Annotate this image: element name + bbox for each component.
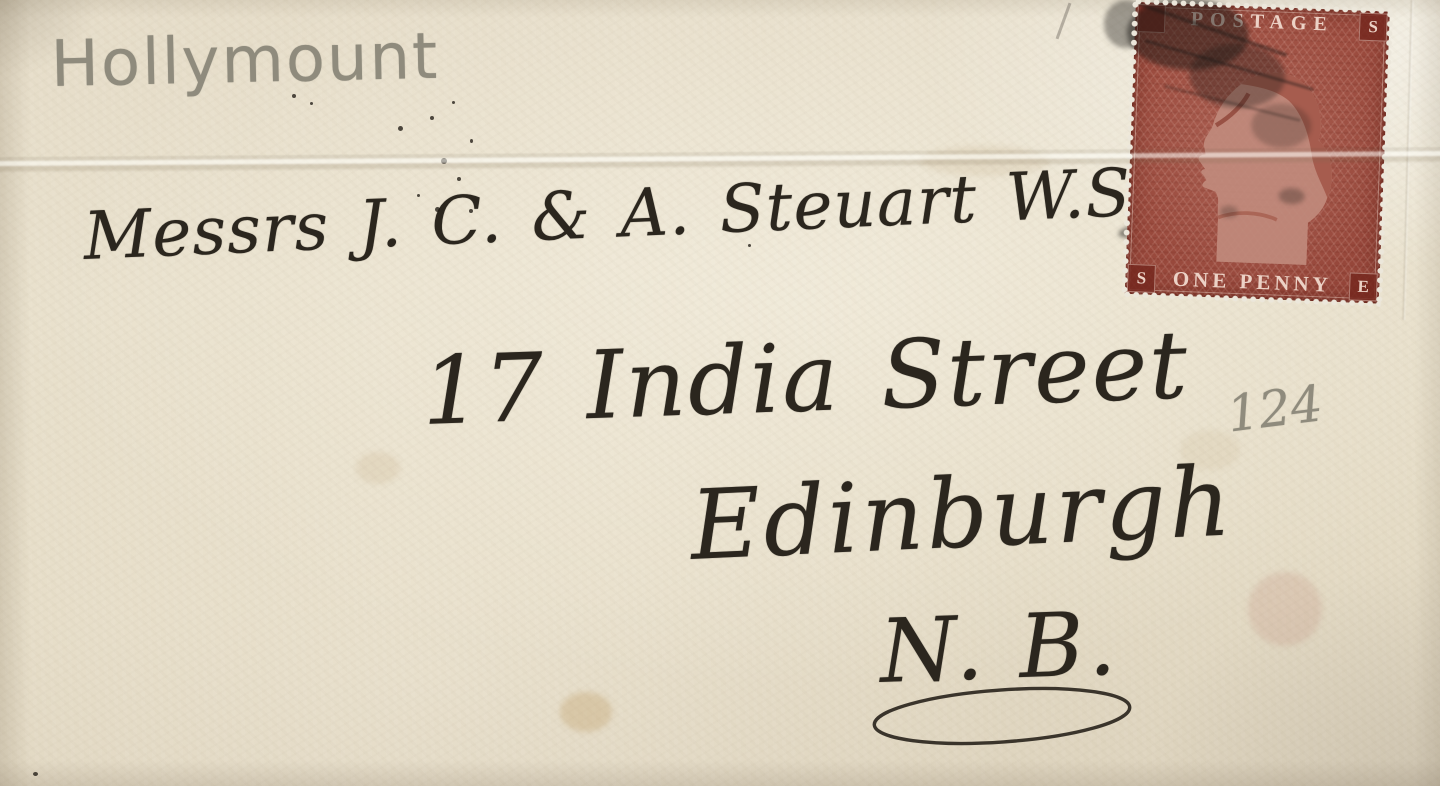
stamp-corner-letter-bottom-left: S [1127, 264, 1156, 293]
ink-speck [469, 209, 473, 213]
pencil-annotation-number: 124 [1224, 374, 1326, 443]
stain [560, 692, 612, 732]
address-line-street: 17 India Street [420, 311, 1191, 447]
ink-speck [435, 207, 440, 212]
stamp-bottom-text: ONE PENNY [1151, 266, 1354, 299]
ink-speck [452, 101, 455, 104]
ink-speck [33, 772, 38, 776]
stain [1248, 572, 1322, 646]
ink-speck [417, 194, 420, 197]
pencil-stray-mark [1056, 3, 1072, 40]
address-line-city: Edinburgh [688, 445, 1236, 582]
postage-stamp: POSTAGE ONE PENNY S S E [1125, 2, 1390, 304]
ink-underline-flourish [860, 674, 1144, 760]
ink-speck [310, 102, 313, 105]
ink-speck [398, 126, 403, 131]
ink-speck [748, 244, 751, 247]
fold-crease-right [1402, 0, 1414, 320]
ink-speck [457, 177, 461, 181]
stain [356, 452, 400, 484]
stamp-corner-letter-bottom-right: E [1349, 272, 1378, 301]
ink-speck [292, 94, 296, 98]
ink-speck [430, 116, 434, 120]
address-line-recipient: Messrs J. C. & A. Steuart W.S. [82, 153, 1153, 275]
pencil-annotation-hollymount: Hollymount [50, 20, 440, 102]
ink-speck [441, 158, 447, 164]
envelope-scan: Hollymount 124 Messrs J. C. & A. Steuart… [0, 0, 1440, 786]
ink-speck [470, 139, 473, 143]
stamp-corner-letter-top-right: S [1359, 13, 1388, 42]
stamp-perforation [1375, 10, 1395, 306]
